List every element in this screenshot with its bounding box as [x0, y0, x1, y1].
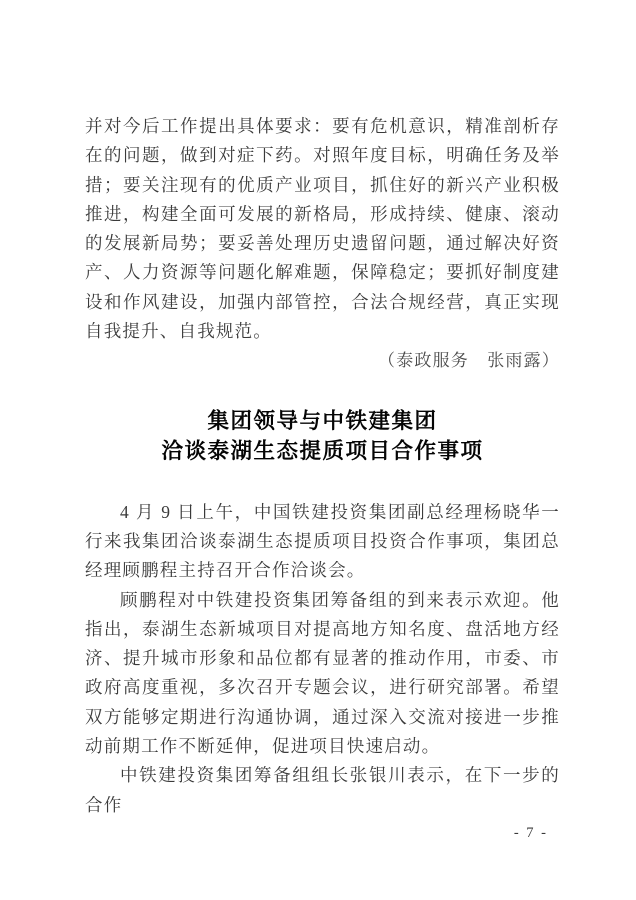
article-paragraph-1: 4 月 9 日上午，中国铁建投资集团副总经理杨晓华一行来我集团洽谈泰湖生态提质项… [85, 498, 560, 586]
article-paragraph-3: 中铁建投资集团筹备组组长张银川表示，在下一步的合作 [85, 761, 560, 820]
page-content: 并对今后工作提出具体要求：要有危机意识，精准剖析存在的问题，做到对症下药。对照年… [85, 112, 560, 820]
article-paragraph-2: 顾鹏程对中铁建投资集团筹备组的到来表示欢迎。他指出，泰湖生态新城项目对提高地方知… [85, 586, 560, 762]
document-page: 并对今后工作提出具体要求：要有危机意识，精准剖析存在的问题，做到对症下药。对照年… [0, 0, 636, 900]
article-title-line-1: 集团领导与中铁建集团 [85, 406, 560, 436]
article-title: 集团领导与中铁建集团 洽谈泰湖生态提质项目合作事项 [85, 406, 560, 466]
continuation-paragraph: 并对今后工作提出具体要求：要有危机意识，精准剖析存在的问题，做到对症下药。对照年… [85, 112, 560, 346]
article-title-line-2: 洽谈泰湖生态提质项目合作事项 [85, 436, 560, 466]
attribution-line: （泰政服务 张雨露） [85, 346, 560, 375]
page-number: - 7 - [514, 825, 548, 842]
